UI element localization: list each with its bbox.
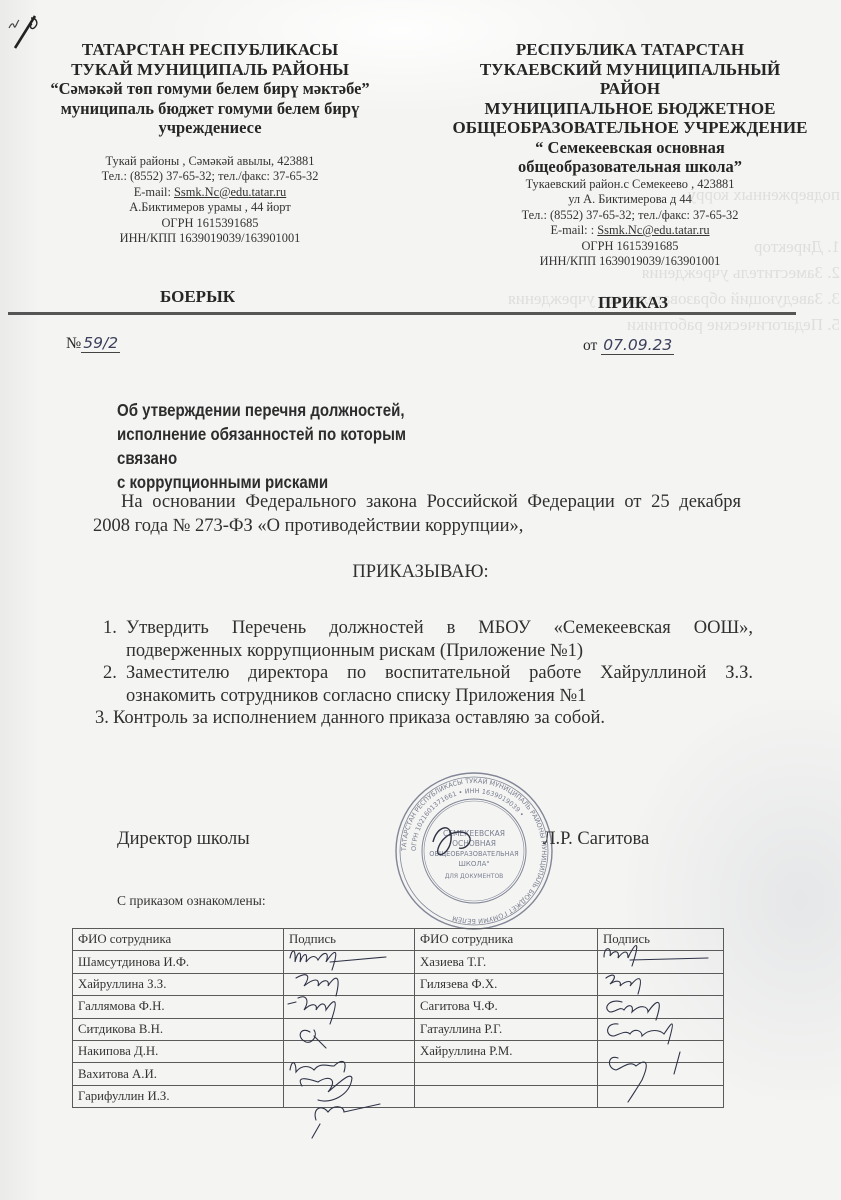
order-item: 3. Контроль за исполнением данного прика… (95, 707, 753, 730)
header-left-ogrn: ОГРН 1615391685 (28, 216, 392, 232)
employee-name: Сагитова Ч.Ф. (415, 996, 598, 1018)
signature-cell (598, 1063, 724, 1085)
order-number: №59/2 (66, 334, 120, 353)
item-text: Заместителю директора по воспитательной … (126, 662, 753, 707)
preamble: На основании Федерального закона Российс… (93, 490, 741, 538)
signature-cell (284, 1018, 415, 1040)
svg-text:ОСНОВНАЯ: ОСНОВНАЯ (452, 839, 496, 848)
header-left-line: “Сәмәкәй төп гомуми белем бирү мәктәбе” (28, 79, 392, 99)
header-left-street: А.Биктимеров урамы , 44 йорт (28, 200, 392, 216)
signature-cell (284, 1063, 415, 1085)
employee-name: Гилязева Ф.Х. (415, 973, 598, 995)
employee-name (415, 1085, 598, 1107)
table-row: Галлямова Ф.Н. Сагитова Ч.Ф. (73, 996, 724, 1018)
header-left-line: учреждениесе (28, 118, 392, 138)
order-number-prefix: № (66, 335, 81, 352)
employee-name: Хайруллина З.З. (73, 973, 284, 995)
order-items: 1. Утвердить Перечень должностей в МБОУ … (103, 617, 753, 730)
header-right-line: ТУКАЕВСКИЙ МУНИЦИПАЛЬНЫЙ (428, 60, 832, 80)
header-right-email-line: E-mail: : Ssmk.Nc@edu.tatar.ru (428, 223, 832, 239)
header-left-email-line: E-mail: Ssmk.Nc@edu.tatar.ru (28, 185, 392, 201)
header-right-ogrn: ОГРН 1615391685 (428, 239, 832, 255)
header-cell: ФИО сотрудника (73, 929, 284, 951)
header-left-tatar: ТАТАРСТАН РЕСПУБЛИКАСЫ ТУКАЙ МУНИЦИПАЛЬ … (28, 40, 392, 247)
order-word: ПРИКАЗЫВАЮ: (0, 562, 841, 583)
signature-cell (284, 951, 415, 973)
header-left-inn: ИНН/КПП 1639019039/163901001 (28, 231, 392, 247)
email-label: E-mail: (134, 185, 174, 199)
order-title: Об утверждении перечня должностей, испол… (117, 398, 461, 494)
item-number: 2. (103, 662, 126, 707)
employee-name: Вахитова А.И. (73, 1063, 284, 1085)
employee-name: Накипова Д.Н. (73, 1040, 284, 1062)
signature-cell (598, 1018, 724, 1040)
order-date-prefix: от (583, 337, 601, 354)
header-cell: Подпись (284, 929, 415, 951)
header-left-phone: Тел.: (8552) 37-65-32; тел./факс: 37-65-… (28, 169, 392, 185)
employee-name: Гатауллина Р.Г. (415, 1018, 598, 1040)
order-item: 2. Заместителю директора по воспитательн… (103, 662, 753, 707)
item-text: Контроль за исполнением данного приказа … (113, 707, 753, 730)
acquaintance-label: С приказом ознакомлены: (117, 893, 266, 909)
item-number: 3. (95, 707, 113, 730)
employee-name: Галлямова Ф.Н. (73, 996, 284, 1018)
table-row: Накипова Д.Н. Хайруллина Р.М. (73, 1040, 724, 1062)
doc-kind-russian: ПРИКАЗ (598, 293, 668, 313)
employee-name: Шамсутдинова И.Ф. (73, 951, 284, 973)
signature-cell (598, 951, 724, 973)
header-left-line: ТАТАРСТАН РЕСПУБЛИКАСЫ (28, 40, 392, 60)
table-row: Хайруллина З.З. Гилязева Ф.Х. (73, 973, 724, 995)
employee-name (415, 1063, 598, 1085)
signature-cell (284, 1085, 415, 1107)
header-left-address: Тукай районы , Сәмәкәй авылы, 423881 (28, 154, 392, 170)
header-right-line: ОБЩЕОБРАЗОВАТЕЛЬНОЕ УЧРЕЖДЕНИЕ (428, 118, 832, 138)
doc-kind-tatar: БОЕРЫК (160, 287, 235, 307)
employee-name: Гарифуллин И.З. (73, 1085, 284, 1107)
header-right-inn: ИНН/КПП 1639019039/163901001 (428, 254, 832, 270)
order-date-value: 07.09.23 (601, 336, 674, 355)
order-number-value: 59/2 (81, 334, 120, 353)
header-divider (8, 312, 796, 315)
signature-cell (598, 1085, 724, 1107)
signature-cell (284, 996, 415, 1018)
order-date: от 07.09.23 (583, 336, 674, 355)
table-row: Вахитова А.И. (73, 1063, 724, 1085)
order-item: 1. Утвердить Перечень должностей в МБОУ … (103, 617, 753, 662)
director-position: Директор школы (117, 829, 250, 850)
item-text: Утвердить Перечень должностей в МБОУ «Се… (126, 617, 753, 662)
title-line: исполнение обязанностей по которым связа… (117, 422, 461, 470)
employee-name: Хазиева Т.Г. (415, 951, 598, 973)
header-left-line: ТУКАЙ МУНИЦИПАЛЬ РАЙОНЫ (28, 60, 392, 80)
table-row: Гарифуллин И.З. (73, 1085, 724, 1107)
email-link[interactable]: Ssmk.Nc@edu.tatar.ru (174, 185, 286, 199)
item-number: 1. (103, 617, 126, 662)
header-right-line: РАЙОН (428, 79, 832, 99)
signature-cell (284, 1040, 415, 1062)
header-right-line: общеобразовательная школа” (428, 157, 832, 177)
header-right-phone: Тел.: (8552) 37-65-32; тел./факс: 37-65-… (428, 208, 832, 224)
header-right-line: РЕСПУБЛИКА ТАТАРСТАН (428, 40, 832, 60)
signature-cell (598, 996, 724, 1018)
email-label: E-mail: : (550, 223, 597, 237)
employee-name: Ситдикова В.Н. (73, 1018, 284, 1040)
header-right-address: Тукаевский район.с Семекеево , 423881 (428, 177, 832, 193)
header-right-russian: РЕСПУБЛИКА ТАТАРСТАН ТУКАЕВСКИЙ МУНИЦИПА… (428, 40, 832, 270)
header-right-street: ул А. Биктимерова д 44 (428, 192, 832, 208)
preamble-text: На основании Федерального закона Российс… (93, 492, 741, 536)
acquaintance-table: ФИО сотрудника Подпись ФИО сотрудника По… (72, 928, 724, 1108)
official-stamp-icon: ТАТАРСТАН РЕСПУБЛИКАСЫ ТУКАЙ МУНИЦИПАЛЬ … (393, 770, 555, 932)
signature-cell (598, 973, 724, 995)
header-right-line: МУНИЦИПАЛЬНОЕ БЮДЖЕТНОЕ (428, 99, 832, 119)
title-line: Об утверждении перечня должностей, (117, 398, 461, 422)
svg-text:ШКОЛА": ШКОЛА" (458, 860, 489, 868)
director-name: Л.Р. Сагитова (543, 829, 649, 850)
header-right-line: “ Семекеевская основная (428, 138, 832, 158)
svg-text:ДЛЯ ДОКУМЕНТОВ: ДЛЯ ДОКУМЕНТОВ (445, 873, 504, 880)
employee-name: Хайруллина Р.М. (415, 1040, 598, 1062)
header-left-line: муниципаль бюджет гомуми белем бирү (28, 99, 392, 119)
table-row: Ситдикова В.Н. Гатауллина Р.Г. (73, 1018, 724, 1040)
table-row: Шамсутдинова И.Ф. Хазиева Т.Г. (73, 951, 724, 973)
email-link[interactable]: Ssmk.Nc@edu.tatar.ru (597, 223, 709, 237)
header-cell: Подпись (598, 929, 724, 951)
table-header-row: ФИО сотрудника Подпись ФИО сотрудника По… (73, 929, 724, 951)
header-cell: ФИО сотрудника (415, 929, 598, 951)
signature-cell (598, 1040, 724, 1062)
signature-cell (284, 973, 415, 995)
